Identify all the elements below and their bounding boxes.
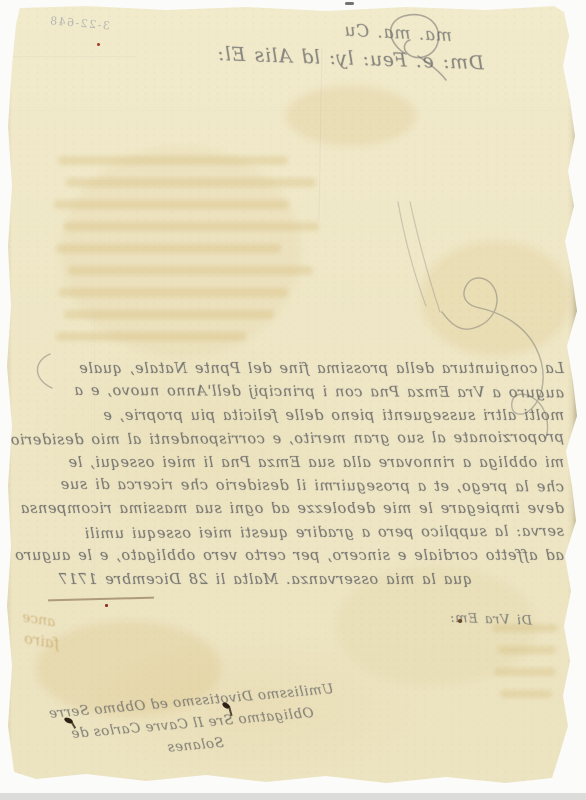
faint-showthrough-line [68, 266, 313, 275]
body-line: molti altri susseguenti pieno delle feli… [28, 405, 564, 428]
faint-showthrough-line [64, 222, 319, 231]
faint-showthrough-line [494, 668, 556, 676]
scanner-artifact-dash [345, 2, 354, 5]
body-line-text: che la prego, et a proseguirmi il deside… [28, 474, 564, 500]
fold-crease [6, 110, 578, 112]
faint-showthrough-line [66, 178, 316, 187]
body-line-text: mi obbliga a rinnovare alla sua Emza Pna… [28, 452, 564, 475]
body-line-text: ad affetto cordiale e sincero, per certo… [28, 545, 564, 568]
scanned-letter-page: 3-22-648 ma. ma. Cu Dm: e. Feu: ly: ld A… [0, 0, 586, 800]
body-line: ad affetto cordiale e sincero, per certo… [28, 545, 564, 568]
faint-showthrough-line [64, 310, 274, 319]
body-line: proporzionate al suo gran merito, e corr… [28, 427, 564, 453]
bottom-edge-shading [6, 782, 578, 790]
corner-dark-mark [13, 780, 30, 793]
red-speck [97, 43, 100, 46]
faint-showthrough-line [54, 200, 289, 209]
red-speck [105, 604, 108, 607]
body-line-text: auguro a Vra Emza Pna con i principij de… [28, 380, 564, 406]
body-line-date: qua la mia osservanza. Malta li 28 Dicem… [28, 569, 564, 592]
faint-showthrough-line [56, 332, 246, 341]
body-line: auguro a Vra Emza Pna con i principij de… [28, 380, 564, 406]
faint-showthrough-line [56, 244, 281, 253]
letter-body-showthrough: La congiuntura della prossima fine del P… [28, 358, 564, 592]
faint-showthrough-line [498, 646, 556, 654]
closing-fragment: Di Vra Em: [440, 610, 532, 628]
body-line: deve impiegare le mie debolezze ad ogni … [28, 498, 564, 521]
faint-showthrough-line [500, 690, 552, 698]
left-edge-shading [6, 6, 12, 790]
fold-crease [6, 56, 136, 58]
body-line-text: serva: la supplico pero a gradire questi… [28, 520, 564, 546]
paper-sheet: 3-22-648 ma. ma. Cu Dm: e. Feu: ly: ld A… [6, 6, 578, 790]
faint-showthrough-line [58, 156, 288, 165]
date-line-text: qua la mia osservanza. Malta li 28 Dicem… [28, 569, 564, 592]
body-line-text: molti altri susseguenti pieno delle feli… [28, 405, 564, 428]
scanner-background-strip [0, 793, 586, 800]
faint-showthrough-line [58, 288, 288, 297]
brown-speck [458, 619, 462, 623]
body-line: serva: la supplico pero a gradire questi… [28, 520, 564, 546]
body-line: La congiuntura della prossima fine del P… [28, 358, 564, 381]
deckle-edge-shading [568, 6, 578, 790]
body-line-text: deve impiegare le mie debolezze ad ogni … [28, 498, 564, 521]
body-line: mi obbliga a rinnovare alla sua Emza Pna… [28, 452, 564, 475]
body-line-text: La congiuntura della prossima fine del P… [28, 358, 564, 381]
body-line-text: proporzionate al suo gran merito, e corr… [28, 427, 564, 453]
body-line: che la prego, et a proseguirmi il deside… [28, 474, 564, 500]
stain [421, 241, 571, 356]
stain [286, 86, 416, 146]
